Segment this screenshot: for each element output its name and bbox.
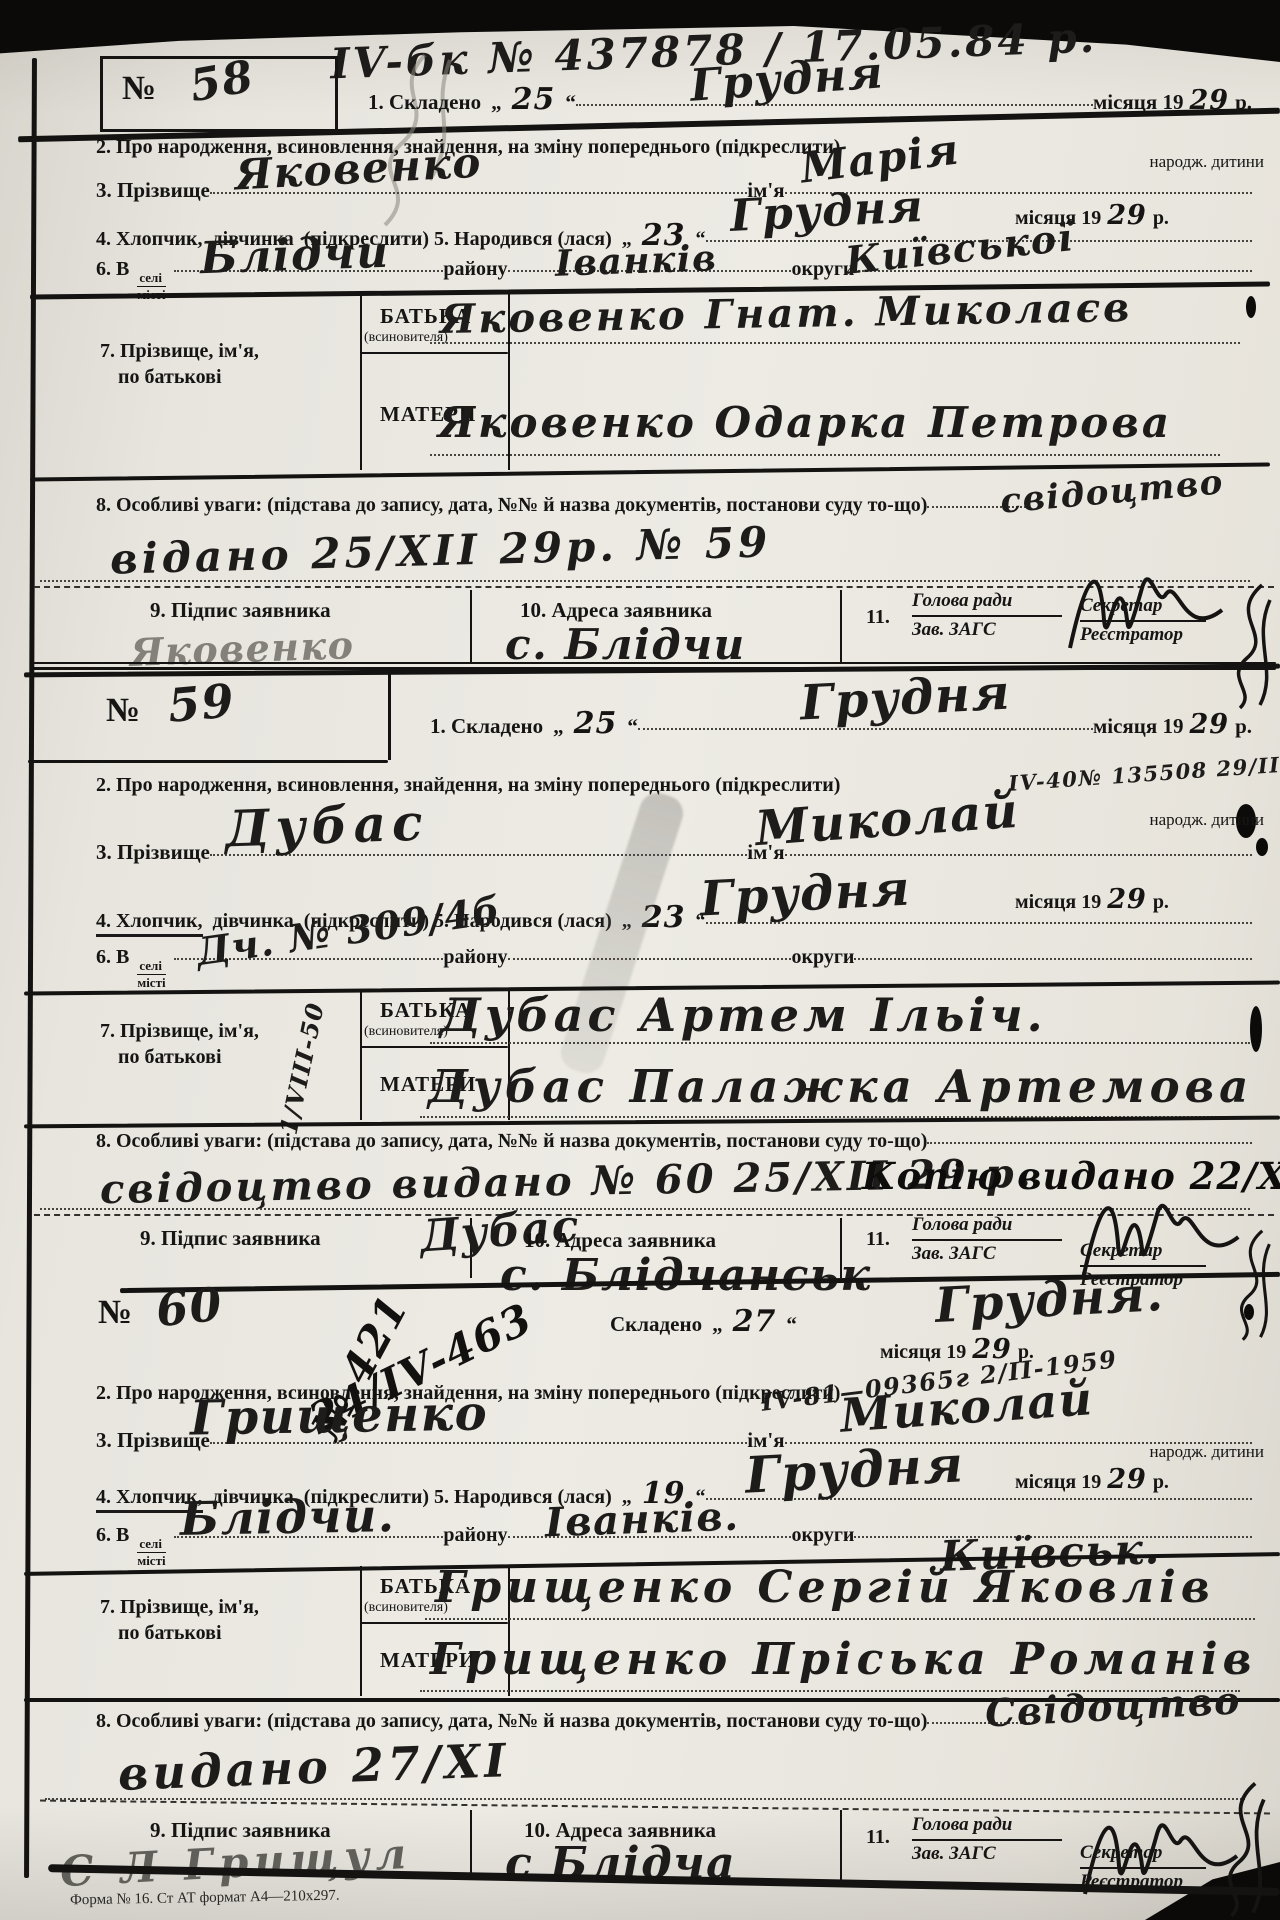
line2-label: 2. Про народження, всиновлення, знайденн… — [96, 774, 840, 797]
made-day-handwritten: 27 — [733, 1304, 777, 1339]
record-number-value: 60 — [153, 1277, 225, 1338]
record-58: № 58 1. Складено „ 25 “ місяця 19 29 р. … — [0, 50, 1280, 668]
okruha-label: округи — [791, 946, 854, 969]
record-number-value: 59 — [166, 673, 237, 733]
narodzh-label: народж. дитини — [1149, 810, 1264, 830]
seli-misti-label: селімісті — [137, 1536, 165, 1568]
made-row: Складено „ 27 “ — [610, 1304, 797, 1339]
record-59: № 59 1. Складено „ 25 “ місяця 19 29 р. … — [0, 668, 1280, 1278]
parents-label-line1: 7. Прізвище, ім'я, — [100, 1020, 259, 1043]
mother-name-handwritten: Дубас Палажка Артемова — [428, 1060, 1253, 1113]
narodzh-label: народж. дитини — [1149, 152, 1264, 172]
surname-handwritten: Дубас — [224, 792, 429, 858]
record-number-sign: № — [106, 692, 140, 730]
birth-year-handwritten: 29 — [1107, 200, 1147, 231]
remarks-note-handwritten: відано 25/ХІІ 29р. № 59 — [109, 517, 771, 583]
father-name-handwritten: Грищенко Сергій Яковлів — [435, 1562, 1215, 1613]
registrar-signature-scrawl — [1198, 1778, 1280, 1918]
record-bottom-rule — [30, 662, 1276, 664]
form-footer: Форма № 16. Ст АТ формат А4—210х297. — [70, 1888, 340, 1910]
cell-divider — [360, 1046, 508, 1048]
made-year-handwritten: 29 — [1189, 709, 1229, 740]
father-dotted-rule — [430, 1042, 1250, 1044]
rayon-label: району — [443, 258, 507, 281]
record-60: № 60 № 421 Складено „ 27 “ Грудня. місяц… — [0, 1278, 1280, 1920]
made-year-handwritten: 29 — [1189, 85, 1229, 116]
line2-annotation: ІV-40№ 135508 29/ІІ 42 — [1008, 749, 1280, 796]
birth-month-handwritten: Грудня — [744, 1434, 966, 1504]
remarks-label: 8. Особливі уваги: (підстава до запису, … — [96, 494, 927, 517]
head-of-council-label: Голова радиЗав. ЗАГС — [912, 1814, 1062, 1866]
made-month-handwritten: Грудня — [799, 665, 1013, 732]
line8-row: 8. Особливі уваги: (підстава до запису, … — [96, 1710, 1030, 1733]
mother-name-handwritten: Грищенко Пріська Романів — [430, 1634, 1257, 1685]
birth-month-handwritten: Грудня — [699, 861, 913, 928]
father-dotted-rule — [425, 1618, 1255, 1620]
birth-year-handwritten: 29 — [1107, 1464, 1147, 1495]
made-label: Складено — [610, 1312, 702, 1337]
parents-label-line2: по батькові — [118, 366, 222, 389]
made-label: 1. Складено — [368, 90, 481, 115]
seli-misti-label: селімісті — [137, 958, 165, 990]
line8-row: 8. Особливі уваги: (підстава до запису, … — [96, 1130, 1252, 1153]
rayon-label: району — [443, 1524, 507, 1547]
birth-year-handwritten: 29 — [1107, 884, 1147, 915]
narodzh-label: народж. дитини — [1149, 1442, 1264, 1462]
secretary-label: СекретарРеєстратор — [1080, 595, 1206, 647]
item11-label: 11. — [866, 1826, 890, 1849]
record-number-sign: № — [122, 70, 156, 108]
made-label: 1. Складено — [430, 714, 543, 739]
place-handwritten: Блідчи — [199, 227, 390, 285]
applicant-signature-label: 9. Підпис заявника — [140, 1226, 321, 1251]
signature-divider — [470, 590, 472, 664]
signature-divider — [470, 1810, 472, 1880]
made-day-handwritten: 25 — [574, 706, 618, 741]
mother-name-handwritten: Яковенко Одарка Петрова — [438, 398, 1172, 447]
item11-label: 11. — [866, 606, 890, 629]
remarks-label: 8. Особливі уваги: (підстава до запису, … — [96, 1130, 927, 1153]
boy-label: 4. Хлопчик, — [96, 228, 203, 251]
remarks-dotted-rule — [40, 1208, 1250, 1210]
father-dotted-rule — [430, 342, 1240, 344]
header-divider — [388, 674, 391, 760]
table-divider — [360, 292, 362, 470]
line2-row: 2. Про народження, всиновлення, знайденн… — [96, 774, 840, 797]
v-label: 6. В — [96, 258, 129, 281]
item11-label: 11. — [866, 1228, 890, 1251]
table-divider — [360, 1566, 362, 1696]
remarks-tail-handwritten: свідоцтво — [999, 462, 1226, 521]
remarks-note-handwritten: видано 27/ХІ — [117, 1733, 510, 1801]
parents-label-line2: по батькові — [118, 1622, 222, 1645]
margin-date-note: 1/VІІІ-50 — [274, 999, 330, 1137]
rayon-handwritten: Іванків. — [544, 1493, 740, 1547]
v-label: 6. В — [96, 946, 129, 969]
rayon-label: району — [443, 946, 507, 969]
header-bottom-rule — [28, 760, 388, 763]
made-month-handwritten: Грудня. — [934, 1266, 1166, 1334]
v-label: 6. В — [96, 1524, 129, 1547]
surname-label: 3. Прізвище — [96, 178, 210, 203]
month-19-label: місяця 19 — [1093, 90, 1184, 115]
surname-handwritten: Грищенко — [190, 1385, 489, 1446]
remarks-tail-handwritten: Свідоцтво — [984, 1677, 1242, 1735]
applicant-signature: С Л Грищул — [59, 1829, 413, 1896]
boy-label-underlined: 4. Хлопчик, — [96, 910, 203, 937]
father-cell-sublabel: (всиновителя) — [364, 1024, 448, 1040]
cell-divider — [360, 1622, 508, 1624]
remarks-label: 8. Особливі уваги: (підстава до запису, … — [96, 1710, 927, 1733]
surname-label: 3. Прізвище — [96, 840, 210, 865]
table-divider — [360, 990, 362, 1120]
line8-row: 8. Особливі уваги: (підстава до запису, … — [96, 494, 1030, 517]
signature-divider — [840, 1810, 842, 1880]
made-day-handwritten: 25 — [512, 82, 556, 117]
rayon-handwritten: Іванків — [554, 237, 718, 285]
place-handwritten: Блідчи. — [180, 1488, 396, 1546]
okruha-label: округи — [791, 1524, 854, 1547]
scanned-registry-page: ІV-бк № 437878 / 17.05.84 р. № 58 1. Скл… — [0, 0, 1280, 1920]
head-of-council-label: Голова радиЗав. ЗАГС — [912, 590, 1062, 642]
mother-dotted-rule — [430, 454, 1220, 456]
cell-divider — [360, 352, 508, 354]
father-name-handwritten: Дубас Артем Ільіч. — [440, 988, 1047, 1042]
parents-label-line1: 7. Прізвище, ім'я, — [100, 1596, 259, 1619]
remarks-dotted-rule — [45, 1798, 1245, 1800]
applicant-signature-label: 9. Підпис заявника — [150, 598, 331, 623]
birth-month-year-row: місяця 19 29 р. — [1015, 1464, 1169, 1495]
signature-divider — [840, 590, 842, 664]
birth-month-year-row: місяця 19 29 р. — [1015, 884, 1169, 915]
parents-label-line1: 7. Прізвище, ім'я, — [100, 340, 259, 363]
parents-label-line2: по батькові — [118, 1046, 222, 1069]
record-number-sign: № — [98, 1294, 132, 1332]
head-of-council-label: Голова радиЗав. ЗАГС — [912, 1214, 1062, 1266]
